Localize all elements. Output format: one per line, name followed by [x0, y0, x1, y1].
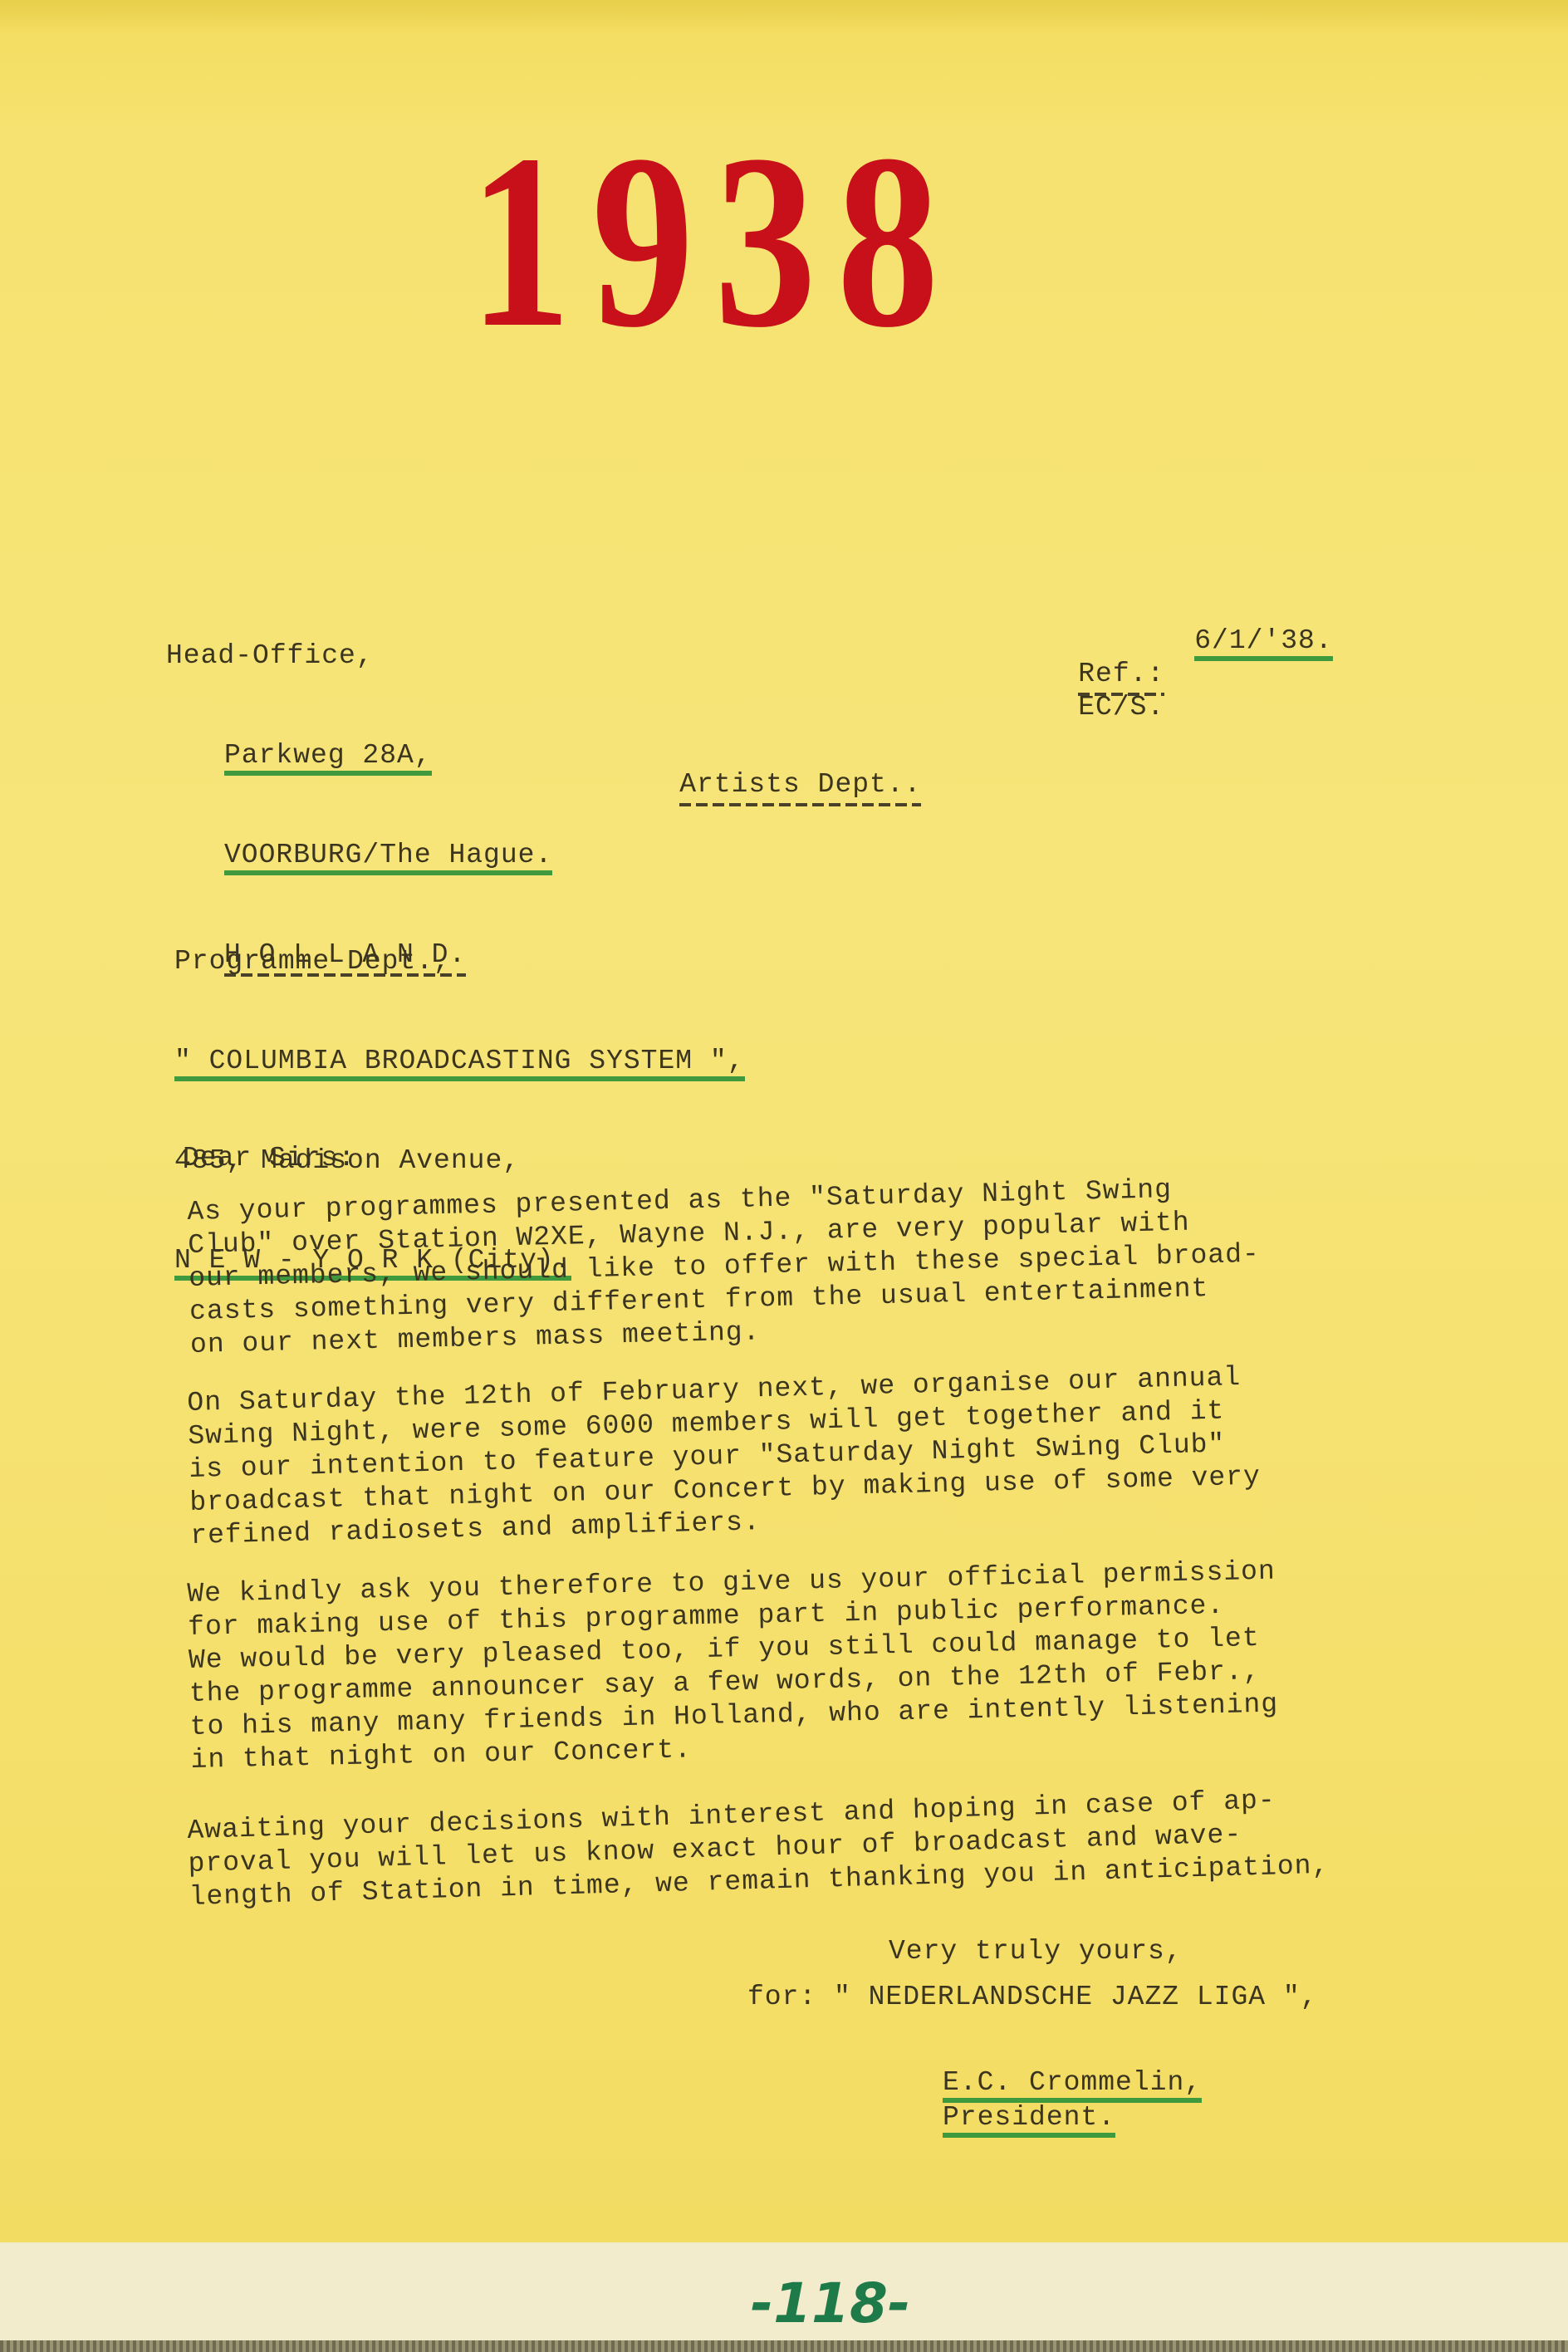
closing: Very truly yours,: [889, 1935, 1183, 1968]
department-line: Artists Dept..: [610, 735, 921, 835]
sender-label: Head-Office,: [166, 639, 552, 673]
paragraph-1: As your programmes presented as the "Sat…: [187, 1167, 1469, 1362]
reference-line: Ref.: EC/S.: [1009, 625, 1164, 757]
department: Artists Dept..: [679, 769, 921, 806]
salutation: Dear Sirs:: [183, 1142, 355, 1175]
signer-title: President.: [943, 2102, 1115, 2138]
signer-name: E.C. Crommelin,: [943, 2067, 1202, 2103]
letter-date: 6/1/'38.: [1194, 625, 1332, 661]
page-number: -118-: [706, 2271, 955, 2335]
letter-sheet: 1938 Head-Office, Parkweg 28A, VOORBURG/…: [0, 0, 1568, 2242]
paragraph-3: We kindly ask you therefore to give us y…: [187, 1551, 1470, 1777]
fabric-edge: [0, 2340, 1568, 2352]
recipient-company: " COLUMBIA BROADCASTING SYSTEM ",: [174, 1046, 745, 1081]
recipient-dept: Programme Dept.,: [174, 945, 745, 978]
year-header: 1938: [469, 116, 959, 365]
reference-value: EC/S.: [1078, 692, 1164, 723]
paragraph-4: Awaiting your decisions with interest an…: [187, 1779, 1468, 1914]
sender-city: VOORBURG/The Hague.: [224, 840, 552, 875]
reference-label: Ref.:: [1078, 659, 1164, 696]
organization: for: " NEDERLANDSCHE JAZZ LIGA ",: [747, 1981, 1318, 2014]
sender-street: Parkweg 28A,: [224, 740, 432, 776]
paragraph-2: On Saturday the 12th of February next, w…: [187, 1355, 1469, 1553]
